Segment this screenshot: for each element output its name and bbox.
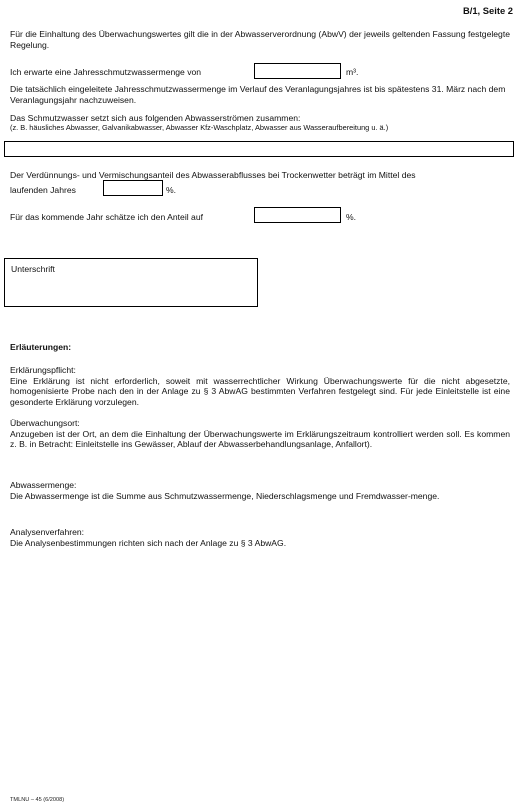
explanation-section: Analysenverfahren: Die Analysenbestimmun… (10, 527, 510, 548)
signature-label: Unterschrift (11, 264, 55, 275)
form-code: TMLNU – 45 (6/2008) (10, 795, 64, 806)
expected-volume-unit: m³. (346, 67, 358, 78)
explanation-section: Erklärungspflicht: Eine Erklärung ist ni… (10, 365, 510, 407)
estimate-unit: %. (346, 212, 356, 223)
explanation-body: Die Abwassermenge ist die Summe aus Schm… (10, 491, 510, 502)
estimate-field[interactable] (254, 207, 341, 223)
page-label: B/1, Seite 2 (463, 6, 513, 17)
explanation-body: Die Analysenbestimmungen richten sich na… (10, 538, 510, 549)
explanation-section: Überwachungsort: Anzugeben ist der Ort, … (10, 418, 510, 450)
explanation-body: Eine Erklärung ist nicht erforderlich, s… (10, 376, 510, 408)
explanation-title: Analysenverfahren: (10, 527, 510, 538)
streams-hint: (z. B. häusliches Abwasser, Galvanikabwa… (10, 123, 515, 134)
dilution-label: Der Verdünnungs- und Vermischungsanteil … (10, 170, 515, 181)
streams-label: Das Schmutzwasser setzt sich aus folgend… (10, 113, 515, 124)
dilution-unit: %. (166, 185, 176, 196)
explanation-body: Anzugeben ist der Ort, an dem die Einhal… (10, 429, 510, 450)
signature-box[interactable]: Unterschrift (4, 258, 258, 307)
explanations-heading: Erläuterungen: (10, 342, 71, 353)
expected-volume-field[interactable] (254, 63, 341, 79)
streams-field[interactable] (4, 141, 514, 157)
expected-volume-label: Ich erwarte eine Jahresschmutzwassermeng… (10, 67, 201, 78)
explanation-title: Abwassermenge: (10, 480, 510, 491)
estimate-label: Für das kommende Jahr schätze ich den An… (10, 212, 203, 223)
dilution-label-2: laufenden Jahres (10, 185, 76, 196)
explanation-section: Abwassermenge: Die Abwassermenge ist die… (10, 480, 510, 501)
dilution-field[interactable] (103, 180, 163, 196)
intro-text: Für die Einhaltung des Überwachungswerte… (10, 29, 510, 50)
explanation-title: Erklärungspflicht: (10, 365, 510, 376)
proof-note: Die tatsächlich eingeleitete Jahresschmu… (10, 84, 510, 105)
explanation-title: Überwachungsort: (10, 418, 510, 429)
